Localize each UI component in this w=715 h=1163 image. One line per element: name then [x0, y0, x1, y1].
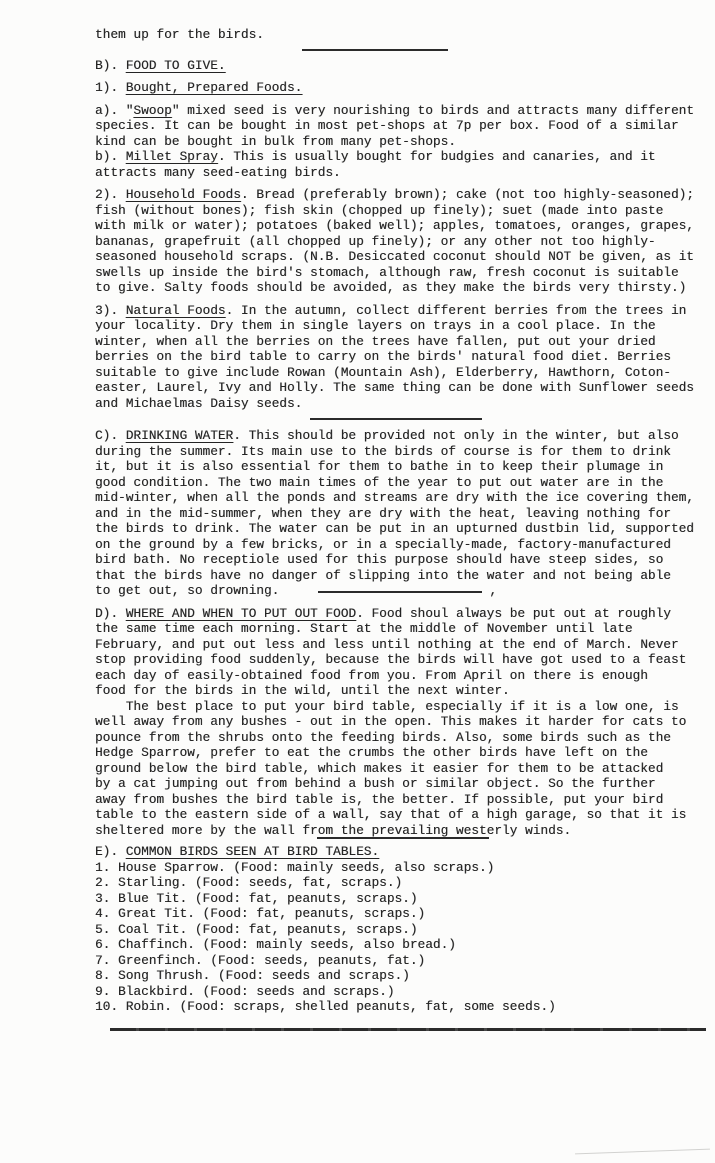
para-c-drinking-water: C). DRINKING WATER. This should be provi…	[95, 428, 707, 599]
text-run: ,	[482, 583, 497, 598]
bird-list-item: 1. House Sparrow. (Food: mainly seeds, a…	[95, 860, 707, 876]
intro-line: them up for the birds.	[95, 27, 707, 43]
underlined-text: Millet Spray	[126, 149, 218, 164]
text-run: . Food shoul always be put out at roughl…	[95, 606, 686, 838]
text-run: . Bread (preferably brown); cake (not to…	[95, 187, 694, 295]
text-run: . In the autumn, collect different berri…	[95, 303, 694, 411]
item-a: a). "Swoop" mixed seed is very nourishin…	[95, 103, 707, 150]
underlined-text: Natural Foods	[126, 303, 226, 318]
para-d: D). WHERE AND WHEN TO PUT OUT FOOD. Food…	[95, 606, 707, 839]
bird-list-item: 10. Robin. (Food: scraps, shelled peanut…	[95, 999, 707, 1015]
text-run: C).	[95, 428, 126, 443]
heading-1: 1). Bought, Prepared Foods.	[95, 80, 707, 96]
text-run: 2).	[95, 187, 126, 202]
bird-list-item: 9. Blackbird. (Food: seeds and scraps.)	[95, 984, 707, 1000]
bird-list: 1. House Sparrow. (Food: mainly seeds, a…	[95, 860, 707, 1015]
separator-top	[302, 49, 448, 51]
bird-list-item: 7. Greenfinch. (Food: seeds, peanuts, fa…	[95, 953, 707, 969]
heading-b: B). FOOD TO GIVE.	[95, 58, 707, 74]
underlined-text: Household Foods	[126, 187, 241, 202]
underlined-text: WHERE AND WHEN TO PUT OUT FOOD	[126, 606, 356, 621]
separator-mid-1	[310, 418, 482, 420]
bird-list-item: 6. Chaffinch. (Food: mainly seeds, also …	[95, 937, 707, 953]
text-run: a). "	[95, 103, 133, 118]
para-3-natural-foods: 3). Natural Foods. In the autumn, collec…	[95, 303, 707, 412]
text-run: . This should be provided not only in th…	[95, 428, 694, 598]
text-run: 3).	[95, 303, 126, 318]
text-run: B).	[95, 58, 126, 73]
text-run: 1).	[95, 80, 126, 95]
underlined-text: DRINKING WATER	[126, 428, 234, 443]
typewritten-page: them up for the birds.B). FOOD TO GIVE.1…	[0, 0, 715, 1163]
underlined-text: FOOD TO GIVE.	[126, 58, 226, 73]
para-2-household-foods: 2). Household Foods. Bread (preferably b…	[95, 187, 707, 296]
heading-e: E). COMMON BIRDS SEEN AT BIRD TABLES.	[95, 844, 707, 860]
bird-list-item: 5. Coal Tit. (Food: fat, peanuts, scraps…	[95, 922, 707, 938]
document-body: them up for the birds.B). FOOD TO GIVE.1…	[95, 27, 707, 1031]
underlined-text: COMMON BIRDS SEEN AT BIRD TABLES.	[126, 844, 379, 859]
underlined-text: Swoop	[133, 103, 171, 118]
item-b: b). Millet Spray. This is usually bought…	[95, 149, 707, 180]
text-run: them up for the birds.	[95, 27, 264, 42]
text-run: b).	[95, 149, 126, 164]
separator-bottom	[110, 1028, 706, 1031]
text-run: E).	[95, 844, 126, 859]
bird-list-item: 2. Starling. (Food: seeds, fat, scraps.)	[95, 875, 707, 891]
underlined-text: Bought, Prepared Foods.	[126, 80, 303, 95]
text-run: " mixed seed is very nourishing to birds…	[95, 103, 694, 149]
text-run: D).	[95, 606, 126, 621]
bird-list-item: 3. Blue Tit. (Food: fat, peanuts, scraps…	[95, 891, 707, 907]
bird-list-item: 8. Song Thrush. (Food: seeds and scraps.…	[95, 968, 707, 984]
inline-separator	[318, 591, 482, 593]
text-run	[279, 583, 317, 598]
bird-list-item: 4. Great Tit. (Food: fat, peanuts, scrap…	[95, 906, 707, 922]
